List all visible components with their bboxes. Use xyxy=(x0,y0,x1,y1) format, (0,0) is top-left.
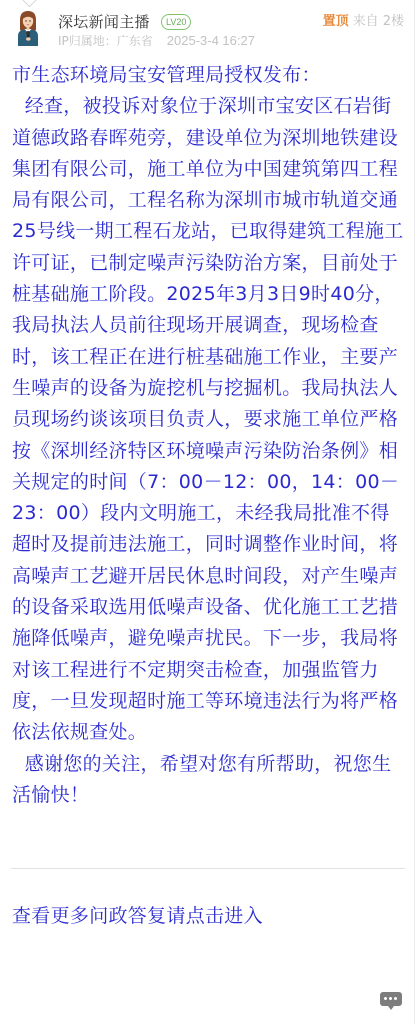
pinned-tag: 置顶 xyxy=(323,14,349,29)
ip-location: IP归属地：广东省 xyxy=(58,34,153,48)
post-header: 深坛新闻主播 LV20 IP归属地：广东省2025-3-4 16:27 置顶来自… xyxy=(0,0,416,52)
scrollbar-track xyxy=(414,0,415,1024)
post-header-right: 置顶来自 2楼 xyxy=(323,13,404,31)
content-paragraph: 经查，被投诉对象位于深圳市宝安区石岩街道德政路春晖苑旁，建设单位为深圳地铁建设集… xyxy=(12,91,404,748)
content-paragraph: 感谢您的关注，希望对您有所帮助，祝您生活愉快！ xyxy=(12,749,404,812)
author-name[interactable]: 深坛新闻主播 xyxy=(58,12,150,32)
content-paragraph: 市生态环境局宝安管理局授权发布： xyxy=(12,60,404,91)
floor-label[interactable]: 来自 2楼 xyxy=(353,14,404,29)
female-news-anchor-avatar-icon xyxy=(16,10,40,46)
level-badge: LV20 xyxy=(161,14,191,30)
comment-bubble-icon[interactable] xyxy=(380,992,402,1006)
more-answers-link[interactable]: 查看更多问政答复请点击进入 xyxy=(12,903,263,929)
post-timestamp: 2025-3-4 16:27 xyxy=(167,33,255,48)
post-meta: IP归属地：广东省2025-3-4 16:27 xyxy=(58,33,255,49)
content-divider xyxy=(11,868,405,869)
avatar[interactable] xyxy=(16,10,40,46)
post-content: 市生态环境局宝安管理局授权发布： 经查，被投诉对象位于深圳市宝安区石岩街道德政路… xyxy=(12,60,404,811)
dots xyxy=(384,997,397,1000)
